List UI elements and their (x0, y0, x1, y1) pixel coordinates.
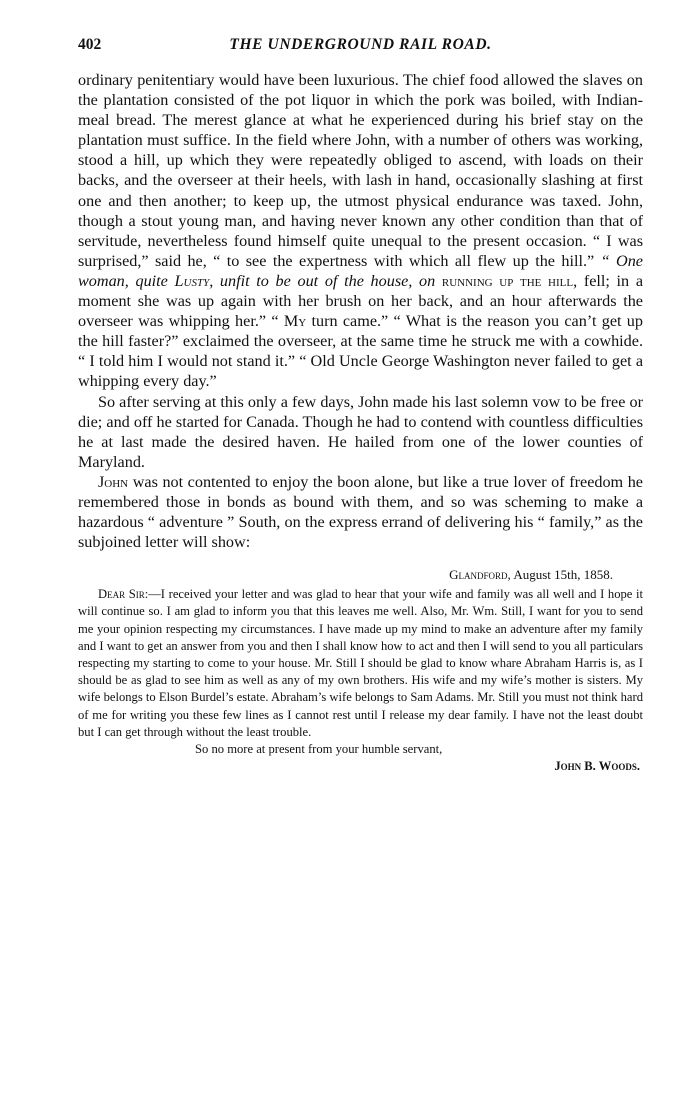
small-caps-text: running up the hill (442, 272, 573, 290)
letter-dateline: Glandford, August 15th, 1858. (78, 566, 613, 584)
paragraph-continued: ordinary penitentiary would have been lu… (78, 70, 643, 392)
body-text: ordinary penitentiary would have been lu… (78, 70, 643, 552)
running-head: 402 THE UNDERGROUND RAIL ROAD. (78, 34, 643, 58)
letter-salutation: Dear Sir (98, 587, 145, 601)
dateline-date: , August 15th, 1858. (508, 567, 613, 582)
small-caps-text: John (98, 473, 128, 491)
paragraph: So after serving at this only a few days… (78, 392, 643, 472)
letter-text: :—I received your letter and was glad to… (78, 587, 643, 739)
small-caps-text: Lusty (175, 272, 210, 290)
letter-paragraph: Dear Sir:—I received your letter and was… (78, 586, 643, 741)
italic-text: , unfit to be out of the house, on (209, 272, 442, 290)
paragraph: John was not contented to enjoy the boon… (78, 472, 643, 552)
letter-closing: So no more at present from your humble s… (78, 741, 643, 758)
paragraph-text: was not contented to enjoy the boon alon… (78, 473, 643, 551)
letter-signature: John B. Woods. (78, 758, 640, 775)
book-page: 402 THE UNDERGROUND RAIL ROAD. ordinary … (78, 34, 643, 775)
small-caps-text: My (284, 312, 306, 330)
letter-body: Dear Sir:—I received your letter and was… (78, 586, 643, 741)
running-title: THE UNDERGROUND RAIL ROAD. (78, 36, 643, 54)
paragraph-text: ordinary penitentiary would have been lu… (78, 71, 643, 270)
dateline-place: Glandford (449, 567, 507, 582)
